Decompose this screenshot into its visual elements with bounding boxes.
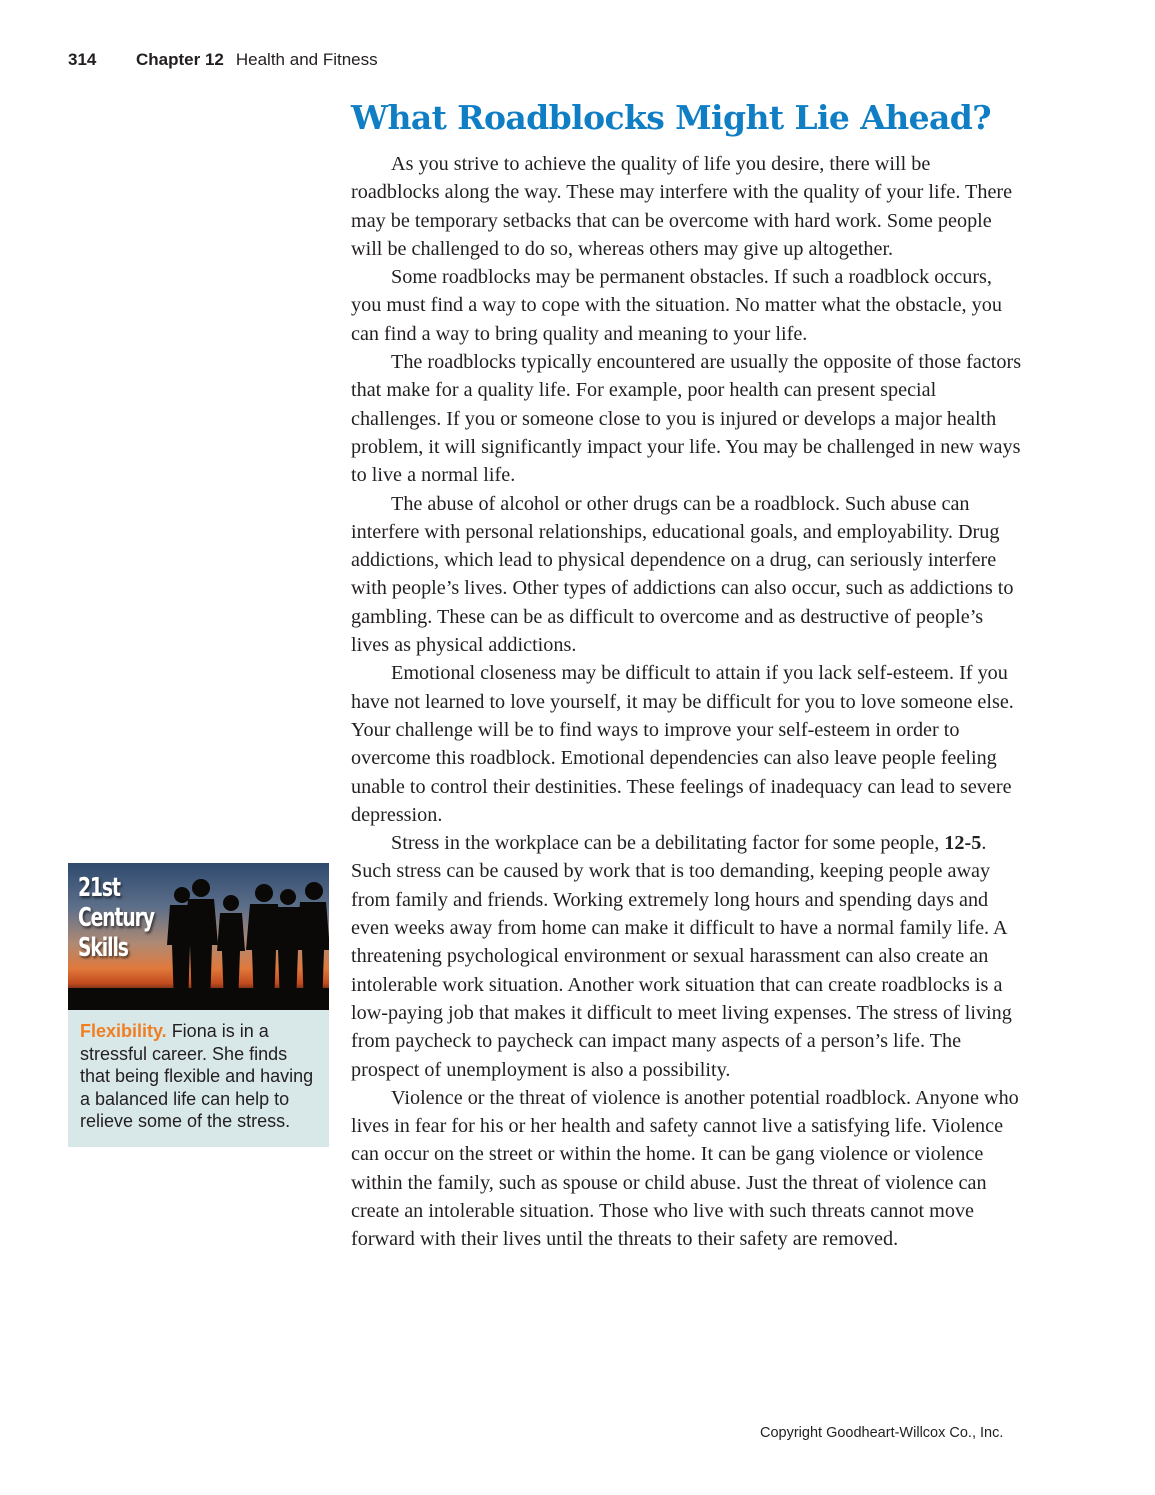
sidebar-caption: Flexibility. Fiona is in a stressful car…	[68, 1010, 329, 1147]
twenty-first-century-skills-box: 21st Century Skills Flexibility. Fiona i…	[68, 863, 329, 1147]
paragraph-stress: Stress in the workplace can be a debilit…	[351, 829, 1023, 1084]
caption-lead: Flexibility.	[80, 1021, 167, 1041]
badge-line: Century	[78, 903, 154, 933]
paragraph-text: . Such stress can be caused by work that…	[351, 832, 1012, 1080]
figure-reference: 12-5	[944, 832, 981, 854]
paragraph: Some roadblocks may be permanent obstacl…	[351, 263, 1023, 348]
paragraph: The roadblocks typically encountered are…	[351, 348, 1023, 489]
paragraph: Violence or the threat of violence is an…	[351, 1084, 1023, 1254]
copyright-notice: Copyright Goodheart-Willcox Co., Inc.	[760, 1425, 1003, 1441]
running-head: 314Chapter 12Health and Fitness	[68, 50, 378, 70]
section-title: What Roadblocks Might Lie Ahead?	[351, 98, 991, 137]
silhouette-sunset-image: 21st Century Skills	[68, 863, 329, 1010]
horizon-ground	[68, 988, 329, 1010]
badge-line: 21st	[78, 873, 154, 903]
chapter-title: Health and Fitness	[236, 50, 378, 69]
page-number: 314	[68, 50, 136, 70]
body-text: As you strive to achieve the quality of …	[351, 150, 1023, 1254]
paragraph-text: Stress in the workplace can be a debilit…	[391, 832, 944, 854]
badge-line: Skills	[78, 933, 154, 963]
paragraph: Emotional closeness may be difficult to …	[351, 659, 1023, 829]
paragraph: The abuse of alcohol or other drugs can …	[351, 490, 1023, 660]
twenty-first-century-skills-badge: 21st Century Skills	[78, 873, 154, 963]
chapter-label: Chapter 12	[136, 50, 224, 69]
paragraph: As you strive to achieve the quality of …	[351, 150, 1023, 263]
